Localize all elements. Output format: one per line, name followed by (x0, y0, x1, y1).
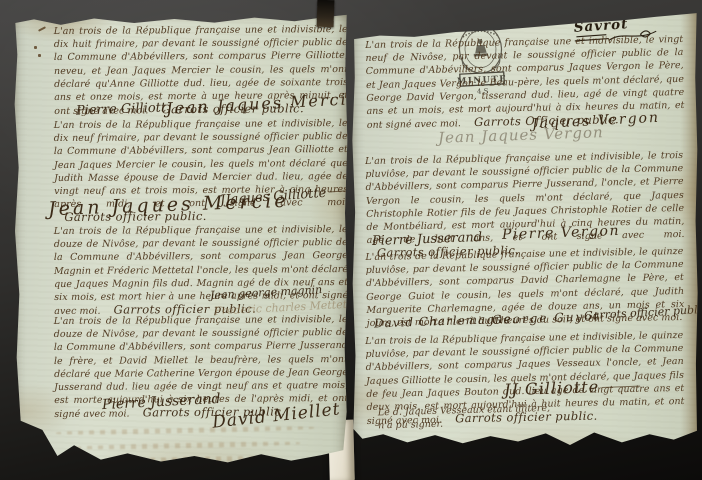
ink-bleed-through (76, 441, 300, 451)
margin-ink-mark (34, 46, 37, 49)
illiteracy-note: Le d. Jaques Vesseaux étant illiteré, n'… (378, 402, 557, 433)
right-page: Savrot (352, 6, 698, 454)
signature: Pierre Gilliott (76, 100, 167, 118)
archive-scan: L'an trois de la République française un… (0, 0, 702, 480)
left-page: L'an trois de la République française un… (14, 14, 348, 466)
binding-tab (317, 0, 335, 27)
margin-ink-mark (38, 54, 41, 57)
margin-ink-mark (38, 26, 46, 32)
ink-bleed-through (56, 425, 314, 435)
ink-bleed-through (106, 455, 276, 464)
